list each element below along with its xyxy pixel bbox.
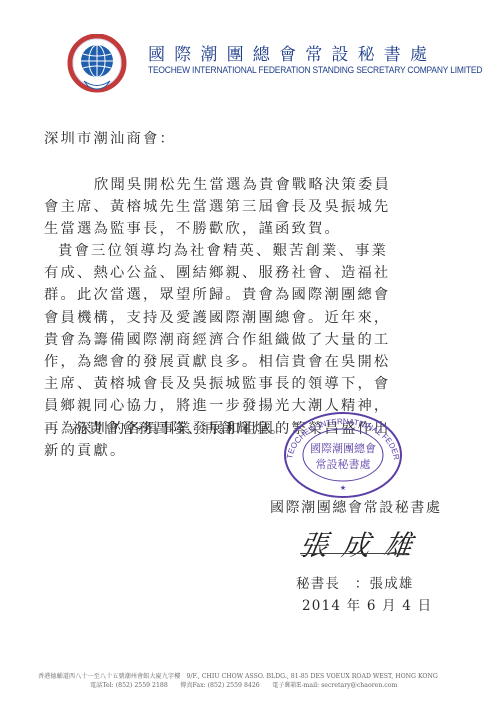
paragraph-congratulations: 欣聞吳開松先生當選為貴會戰略決策委員會主席、黃榕城先生當選第三屆會長及吳振城先生… (44, 174, 400, 241)
official-seal-stamp: TEOCHEW INTERNATIONAL FEDERATION STANDIN… (282, 410, 404, 500)
signing-organization: 國際潮團總會常設秘書處 (270, 497, 442, 517)
letterhead-title-en: TEOCHEW INTERNATIONAL FEDERATION STANDIN… (148, 64, 482, 75)
footer-address: 香港德輔道西八十一至八十五號潮州會館大廈九字樓 9/F., CHIU CHOW … (34, 672, 494, 681)
letterhead: 國際潮團總會常設秘書處 TEOCHEW INTERNATIONAL FEDERA… (66, 34, 446, 94)
letter-date: 2014 年 6 月 4 日 (302, 594, 432, 614)
svg-text:★: ★ (340, 484, 346, 492)
secretary-general-name: 秘書長 ：張成雄 (296, 572, 414, 592)
footer-contact: 電話Tel: (852) 2559 2188 傳真Fax: (852) 2559… (34, 681, 494, 690)
signature-line (300, 553, 408, 554)
handwritten-signature: 張成雄 (297, 524, 429, 564)
svg-text:常設秘書處: 常設秘書處 (316, 457, 371, 471)
letterhead-title-zh: 國際潮團總會常設秘書處 (148, 40, 436, 65)
svg-text:國際潮團總會: 國際潮團總會 (310, 441, 376, 455)
salutation: 深圳市潮汕商會： (44, 128, 400, 150)
footer: 香港德輔道西八十一至八十五號潮州會館大廈九字樓 9/F., CHIU CHOW … (34, 672, 494, 690)
federation-logo-icon (66, 34, 128, 96)
